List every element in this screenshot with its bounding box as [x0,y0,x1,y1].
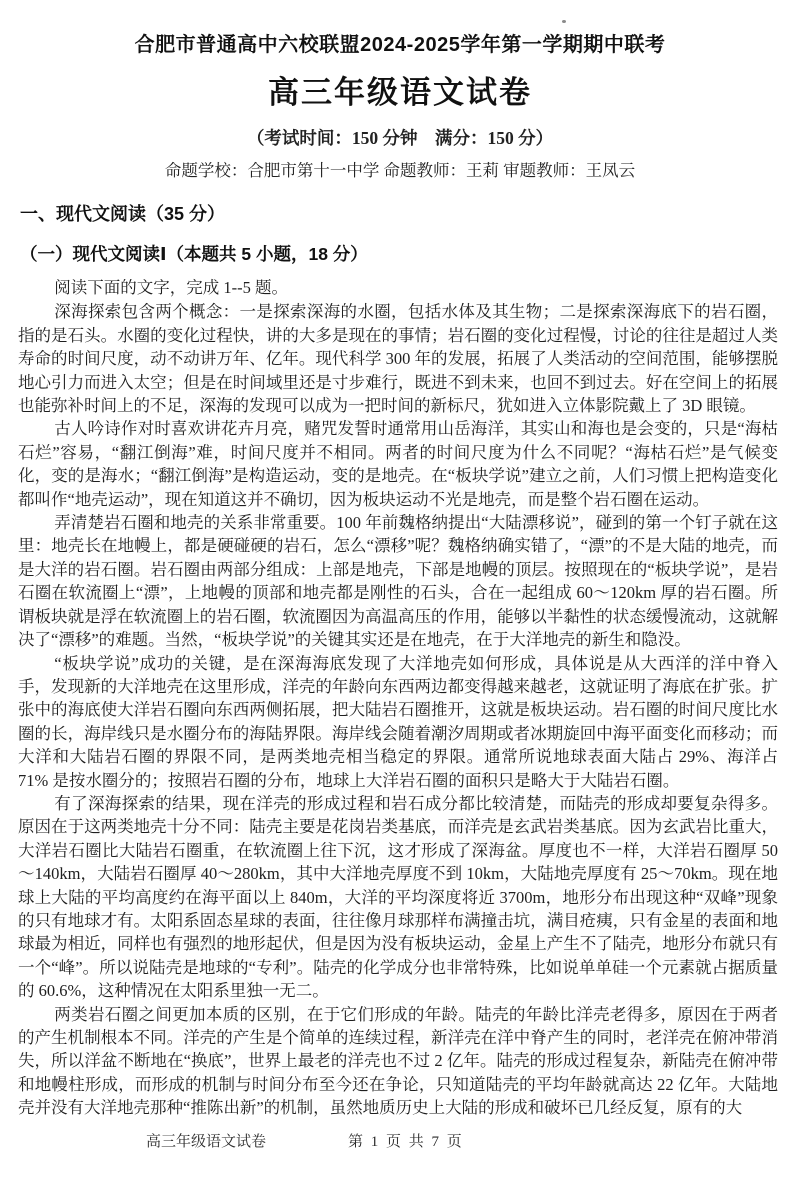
exam-league-title: 合肥市普通高中六校联盟2024-2025学年第一学期期中联考 [0,0,800,57]
section-heading-modern-reading: 一、现代文阅读（35 分） [20,200,780,226]
passage-paragraph-2: 古人吟诗作对时喜欢讲花卉月亮，赌咒发誓时通常用山岳海洋，其实山和海也是会变的，只… [18,417,778,511]
passage-paragraph-6: 两类岩石圈之间更加本质的区别，在于它们形成的年龄。陆壳的年龄比洋壳老得多，原因在… [18,1003,778,1120]
passage-paragraph-1: 深海探索包含两个概念：一是探索深海的水圈，包括水体及其生物；二是探索深海底下的岩… [18,300,778,417]
passage-paragraph-4: “板块学说”成功的关键，是在深海海底发现了大洋地壳如何形成，具体说是从大西洋的洋… [18,652,778,792]
subsection-heading-reading-1: （一）现代文阅读Ⅰ（本题共 5 小题，18 分） [20,241,780,266]
exam-time-score-line: （考试时间：150 分钟 满分：150 分） [0,125,800,150]
passage-instruction: 阅读下面的文字，完成 1--5 题。 [18,276,778,299]
passage-paragraph-5: 有了深海探索的结果，现在洋壳的形成过程和岩石成分都比较清楚，而陆壳的形成却要复杂… [18,792,778,1003]
exam-credits-line: 命题学校：合肥市第十一中学 命题教师：王莉 审题教师：王凤云 [0,157,800,181]
footer-page-number: 第 1 页 共 7 页 [348,1130,464,1151]
passage-paragraph-3: 弄清楚岩石圈和地壳的关系非常重要。100 年前魏格纳提出“大陆漂移说”，碰到的第… [18,511,778,651]
exam-paper-page: 合肥市普通高中六校联盟2024-2025学年第一学期期中联考 高三年级语文试卷 … [0,0,800,1200]
paper-title: 高三年级语文试卷 [0,67,800,112]
footer-paper-name: 高三年级语文试卷 [146,1130,266,1151]
reading-passage: 阅读下面的文字，完成 1--5 题。 深海探索包含两个概念：一是探索深海的水圈，… [18,276,778,1120]
scan-artifact-dot [562,20,566,23]
exam-header: 合肥市普通高中六校联盟2024-2025学年第一学期期中联考 高三年级语文试卷 … [0,0,800,181]
